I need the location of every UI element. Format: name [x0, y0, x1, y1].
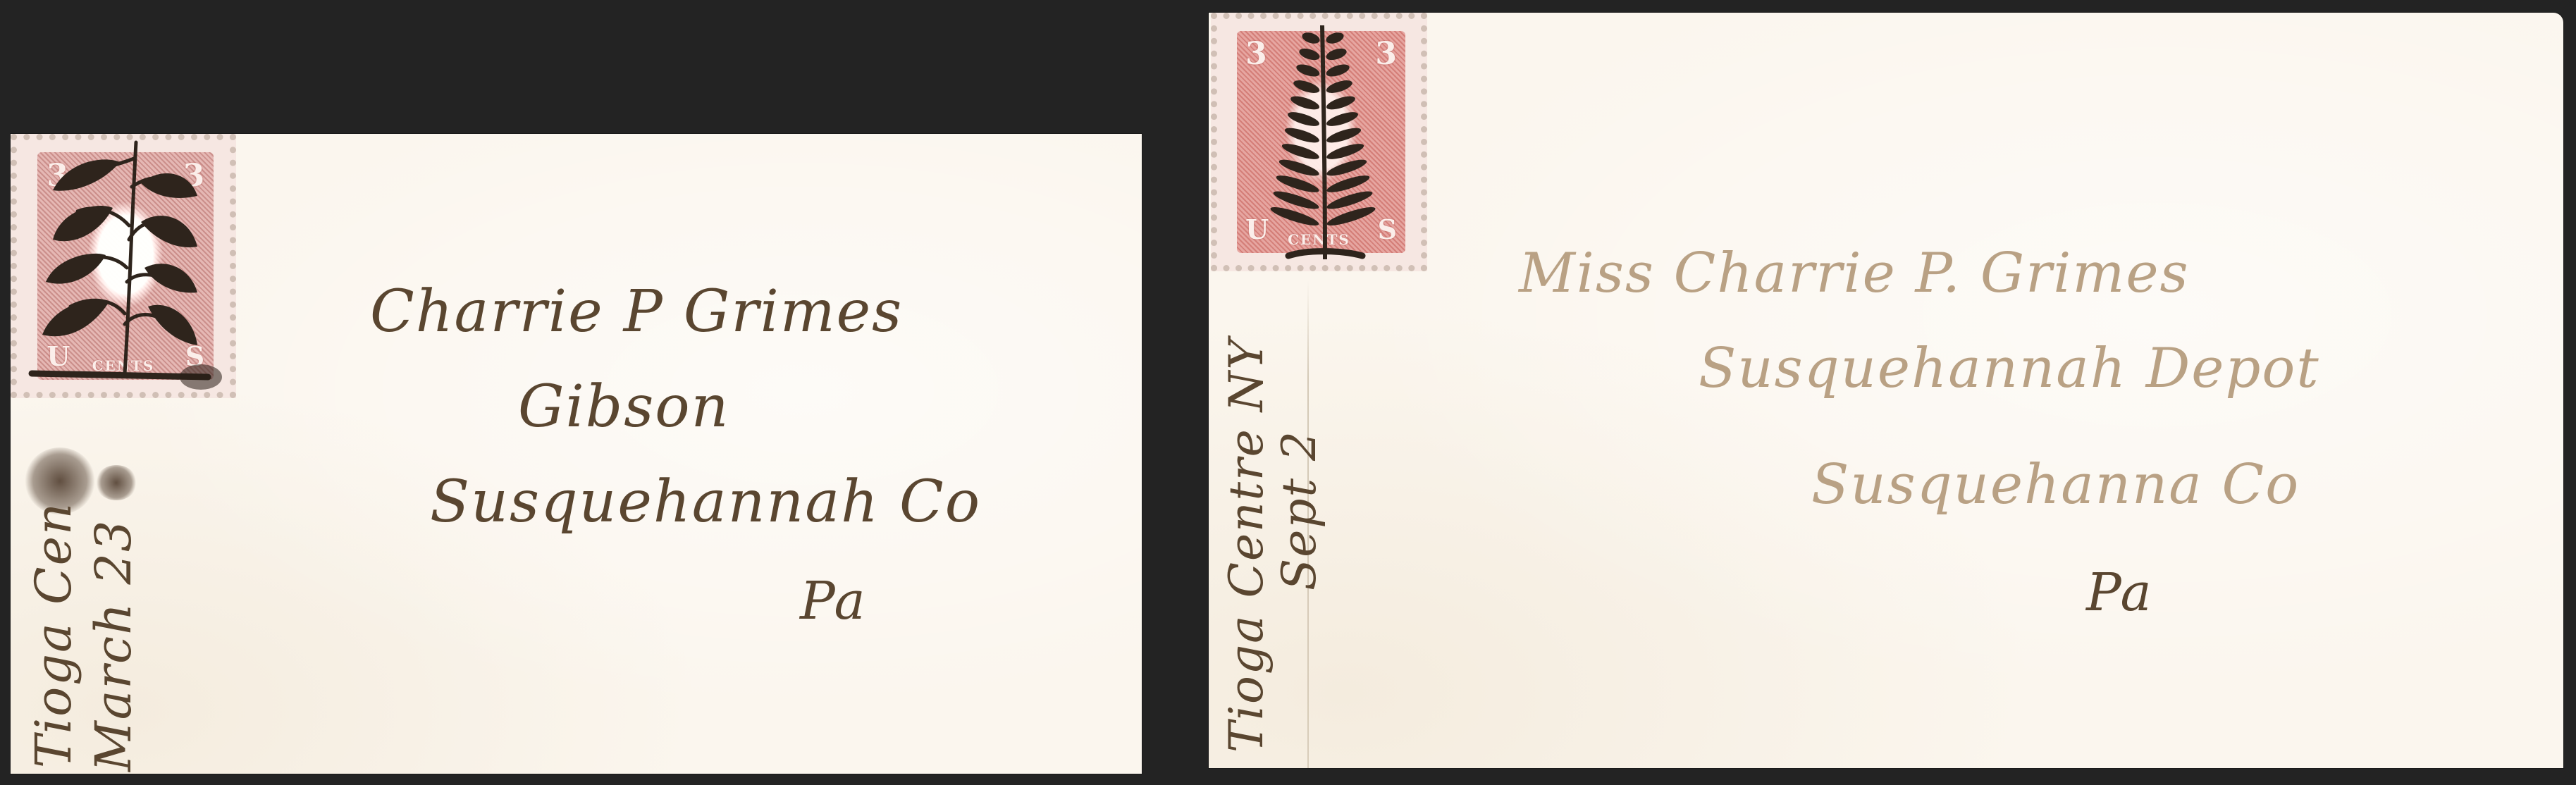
stamp-left: 3 3 U S CENTS — [11, 134, 236, 398]
address-line-name: Miss Charrie P. Grimes — [1519, 242, 2190, 305]
address-line-county: Susquehanna Co — [1811, 453, 2300, 517]
fir-tree-cancel-icon — [1211, 13, 1427, 271]
cover-right: 3 3 U S CENTS Tioga Centre NY Sept 2 Mis… — [1209, 13, 2563, 768]
manuscript-postmark-date: Sept 2 — [1272, 430, 1326, 591]
manuscript-postmark-date: March 23 — [85, 519, 142, 772]
ink-blot — [95, 465, 137, 500]
cover-left: 3 3 U S CENTS — [11, 134, 1142, 774]
manuscript-postmark-town: Tioga Centre NY — [1219, 338, 1274, 753]
address-line-state: Pa — [2086, 562, 2153, 623]
address-line-name: Charrie P Grimes — [370, 278, 903, 345]
address-line-town: Susquehannah Depot — [1699, 337, 2320, 400]
manuscript-postmark-town: Tioga Cen — [25, 502, 82, 768]
stamp-right: 3 3 U S CENTS — [1211, 13, 1427, 271]
leaf-plant-cancel-icon — [11, 134, 236, 398]
address-line-state: Pa — [800, 571, 867, 631]
address-line-county: Susquehannah Co — [430, 469, 981, 536]
address-line-town: Gibson — [518, 373, 729, 440]
